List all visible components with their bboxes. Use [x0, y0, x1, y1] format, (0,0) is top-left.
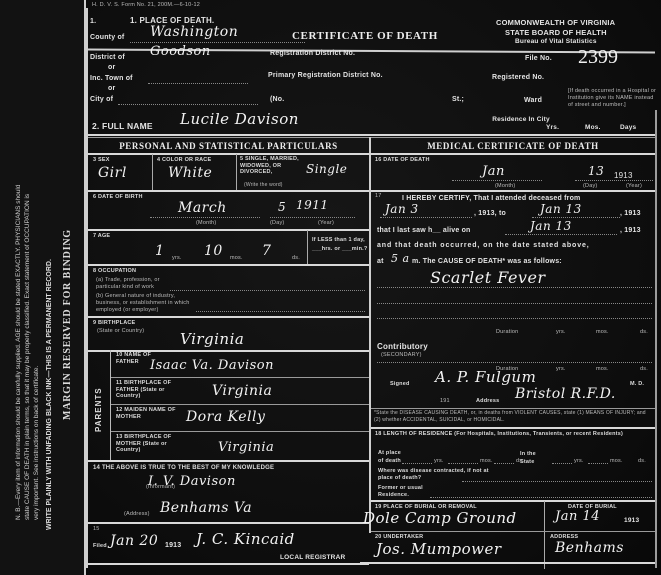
at-place-mos-line [448, 463, 478, 464]
mother-label: 12 MAIDEN NAME OF MOTHER [116, 407, 176, 420]
secondary-label: (SECONDARY) [381, 352, 422, 358]
column-divider [369, 137, 371, 533]
burial-place: Dole Camp Ground [363, 509, 517, 527]
primary-duration-ds: ds. [640, 329, 648, 335]
length-of-residence-heading: 18 LENGTH OF RESIDENCE (For Hospitals, I… [375, 431, 653, 438]
district-value: Goodson [150, 44, 211, 59]
primary-duration-yrs: yrs. [556, 329, 566, 335]
rule-under-footnote [371, 427, 655, 429]
street-label: St.; [452, 96, 464, 103]
birthplace-label: 9 BIRTHPLACE [93, 320, 135, 326]
or-2: or [108, 85, 115, 92]
former-residence-label: Former or usual Residence. [378, 485, 428, 499]
county-line [130, 42, 305, 43]
sex-label: 3 SEX [93, 157, 110, 163]
dob-day-year-line [270, 217, 355, 218]
age-mos-unit: mos. [230, 255, 243, 261]
rule-under-age [88, 264, 369, 266]
dob-day-caption: (Day) [270, 220, 284, 226]
certify-statement: I HEREBY CERTIFY, That I attended deceas… [402, 195, 580, 202]
rule-under-occupation [88, 316, 369, 318]
former-residence-line [430, 497, 652, 498]
dob-month-line [150, 217, 260, 218]
town-line [148, 83, 248, 84]
attended-to-date: Jan 13 [540, 202, 582, 216]
cause-line-1 [377, 287, 652, 288]
local-registrar-label: LOCAL REGISTRAR [280, 554, 345, 561]
nb-line-1: N. B.—Every item of information should b… [14, 185, 23, 520]
to-date-line [532, 217, 620, 218]
filed-label: Filed [93, 543, 107, 549]
residence-days: Days [620, 124, 636, 131]
rule-under-father-birthplace [111, 404, 369, 405]
father-birthplace-label: 11 BIRTHPLACE OF FATHER (State or Countr… [116, 380, 176, 400]
contributory-line [377, 362, 652, 363]
in-state-yrs: yrs. [574, 458, 584, 464]
year-prefix: 191 [440, 398, 450, 404]
rule-under-informant [88, 522, 369, 524]
street-number-label: (No. [270, 96, 284, 103]
death-day-year-line [575, 180, 653, 181]
contributory-label: Contributory [377, 342, 428, 351]
dob-label: 6 DATE OF BIRTH [93, 194, 143, 200]
last-saw-date: Jan 13 [530, 219, 572, 233]
registered-no-label: Registered No. [492, 74, 544, 81]
informant-name: I. V. Davison [148, 474, 236, 489]
ward-label: Ward [524, 97, 542, 104]
death-month: Jan [482, 164, 505, 179]
informant-address-label: (Address) [124, 511, 150, 517]
rule-under-mother [111, 431, 369, 432]
informant-address: Benhams Va [160, 500, 252, 516]
rule-under-name-2 [88, 137, 655, 138]
rule-under-burial [371, 531, 655, 532]
dob-year: 1911 [296, 198, 329, 212]
item-15-marker: 15 [93, 526, 100, 532]
death-day: 13 [588, 164, 604, 178]
at-place-yrs-line [402, 463, 432, 464]
disease-contracted-label: Where was disease contracted, if not at … [378, 468, 498, 482]
residence-mos: Mos. [585, 124, 601, 131]
town-label: Inc. Town of [90, 75, 133, 82]
rule-under-father [111, 377, 369, 378]
father-name: Isaac Va. Davison [150, 358, 274, 373]
age-label: 7 AGE [93, 233, 110, 239]
contributory-duration-mos: mos. [596, 366, 609, 372]
mother-birthplace-label: 13 BIRTHPLACE OF MOTHER (State or Countr… [116, 434, 176, 454]
binding-note: MARGIN RESERVED FOR BINDING [62, 229, 73, 420]
less-than-day-label: If LESS than 1 day, ___hrs. or ___min.? [312, 236, 368, 254]
death-month-caption: (Month) [495, 183, 515, 189]
hospital-note: [If death occurred in a Hospital or Inst… [568, 88, 656, 109]
frame-left [86, 8, 88, 568]
at-label: at [377, 258, 384, 265]
authority-line-1: COMMONWEALTH OF VIRGINIA [496, 18, 615, 27]
birthplace-value: Virginia [180, 330, 244, 348]
burial-year: 1913 [624, 517, 639, 524]
cause-line-2 [377, 303, 652, 304]
contributory-duration-yrs: yrs. [556, 366, 566, 372]
cause-of-death-label: m. The CAUSE OF DEATH* was as follows: [412, 258, 562, 265]
divider-age-less [307, 230, 308, 264]
marital-hint: (Write the word) [244, 182, 283, 188]
filed-year: 1913 [165, 542, 181, 549]
physician-signature: A. P. Fulgum [435, 368, 536, 386]
form-number: H. D. V. S. Form No. 21, 200M.—6-10-12 [92, 2, 200, 8]
color-value: White [168, 165, 212, 181]
cause-of-death: Scarlet Fever [430, 268, 546, 287]
primary-registration-label: Primary Registration District No. [268, 72, 383, 79]
dob-year-caption: (Year) [318, 220, 334, 226]
county-label: County of [90, 34, 124, 41]
death-certificate: N. B.—Every item of information should b… [0, 0, 661, 575]
divider-sex-color [152, 154, 153, 190]
undertaker-address: Benhams [555, 540, 624, 556]
rule-bottom-right [360, 562, 655, 564]
last-saw-label: that I last saw h__ alive on [377, 227, 471, 234]
local-registrar-signature: J. C. Kincaid [196, 530, 295, 548]
cause-line-3 [377, 318, 652, 319]
age-years: 1 [155, 243, 164, 259]
county-value: Washington [150, 24, 238, 40]
at-place-ds-line [494, 463, 514, 464]
death-day-caption: (Day) [583, 183, 597, 189]
color-label: 4 COLOR OR RACE [157, 157, 211, 163]
attended-to-year: , 1913 [620, 210, 641, 217]
death-month-line [452, 180, 542, 181]
rule-under-parents [88, 460, 369, 462]
death-time: 5 a [391, 252, 410, 265]
disease-contracted-line [462, 481, 652, 482]
or-1: or [108, 64, 115, 71]
age-ds-unit: ds. [292, 255, 300, 261]
in-state-label: In the State [520, 450, 548, 466]
nb-line-3: very important. See instructions on back… [32, 185, 41, 520]
item-17-marker: 17 [375, 193, 382, 199]
rule-under-name [88, 134, 655, 136]
divider-color-marital [236, 154, 237, 190]
at-place-mos: mos. [480, 458, 493, 464]
city-label: City of [90, 96, 113, 103]
residence-yrs: Yrs. [546, 124, 559, 131]
rule-under-residence [371, 500, 655, 502]
age-months: 10 [204, 243, 223, 259]
birthplace-hint: (State or Country) [97, 328, 144, 334]
last-saw-line [505, 234, 617, 235]
attended-from-year: , 1913, to [474, 210, 506, 217]
full-name-label: 2. FULL NAME [92, 121, 153, 131]
informant-heading: 14 THE ABOVE IS TRUE TO THE BEST OF MY K… [93, 465, 274, 471]
frame-right [655, 110, 657, 568]
parents-divider [110, 350, 111, 462]
in-state-mos: mos. [610, 458, 623, 464]
file-no-label: File No. [525, 55, 552, 62]
age-yrs-unit: yrs. [172, 255, 182, 261]
burial-date: Jan 14 [555, 509, 600, 524]
binding-margin: N. B.—Every item of information should b… [0, 0, 86, 575]
undertaker-name: Jos. Mumpower [376, 540, 502, 558]
age-days: 7 [262, 243, 271, 259]
death-year: 1913 [614, 171, 633, 180]
occupation-b-label: (b) General nature of industry, business… [96, 293, 196, 314]
in-state-yrs-line [552, 463, 572, 464]
occupation-b-line [196, 311, 365, 312]
rule-under-death-date [371, 190, 655, 192]
contributory-duration-ds: ds. [640, 366, 648, 372]
in-state-ds: ds. [638, 458, 646, 464]
filed-date: Jan 20 [110, 533, 158, 549]
father-birthplace: Virginia [212, 383, 272, 399]
authority-line-3: Bureau of Vital Statistics [515, 38, 597, 45]
mother-name: Dora Kelly [186, 409, 265, 425]
death-year-caption: (Year) [626, 183, 642, 189]
marital-value: Single [306, 162, 347, 176]
dob-month: March [178, 200, 227, 216]
death-occurred-text: and that death occurred, on the date sta… [377, 242, 590, 249]
at-place-yrs: yrs. [434, 458, 444, 464]
from-date-line [380, 217, 472, 218]
burial-divider [544, 501, 545, 569]
marital-label: 5 SINGLE, MARRIED, WIDOWED, OR DIVORCED, [240, 156, 310, 176]
primary-duration-label: Duration [496, 329, 518, 335]
dob-day: 5 [278, 200, 286, 214]
in-state-mos-line [588, 463, 608, 464]
residence-in-city-label: Residence In City [486, 116, 556, 124]
physician-address: Bristol R.F.D. [515, 386, 616, 402]
registration-district-label: Registration District No. [270, 50, 355, 57]
parents-label: PARENTS [94, 387, 103, 432]
sex-value: Girl [98, 165, 127, 181]
cause-footnote: *State the DISEASE CAUSING DEATH, or, in… [374, 410, 652, 424]
last-saw-year: , 1913 [620, 227, 641, 234]
city-line [118, 104, 258, 105]
dob-month-caption: (Month) [196, 220, 216, 226]
certificate-title: CERTIFICATE OF DEATH [292, 30, 438, 42]
mother-birthplace: Virginia [218, 440, 274, 455]
rule-above-footnote [371, 408, 655, 409]
rule-under-headings [88, 153, 655, 155]
ink-note: WRITE PLAINLY WITH UNFADING BLACK INK—TH… [46, 259, 53, 530]
nb-line-2: state CAUSE OF DEATH in plain terms, so … [23, 185, 32, 520]
signed-label: Signed [390, 381, 410, 387]
md-label: M. D. [630, 381, 644, 387]
rule-under-sex [88, 190, 369, 192]
rule-bottom-left [88, 563, 369, 565]
occupation-a-line [170, 290, 365, 291]
attended-from-date: Jan 3 [385, 202, 419, 216]
occupation-label: 8 OCCUPATION [93, 268, 136, 274]
file-number: 2399 [578, 46, 618, 69]
rule-under-dob [88, 229, 369, 231]
occupation-a-label: (a) Trade, profession, or particular kin… [96, 277, 181, 291]
item-1-marker: 1. [90, 18, 96, 25]
date-of-death-label: 16 DATE OF DEATH [375, 157, 430, 163]
authority-line-2: STATE BOARD OF HEALTH [505, 28, 607, 37]
full-name-value: Lucile Davison [180, 110, 299, 128]
physician-address-label: Address [476, 398, 499, 404]
primary-duration-mos: mos. [596, 329, 609, 335]
medical-heading: MEDICAL CERTIFICATE OF DEATH [371, 141, 655, 151]
nb-instructions: N. B.—Every item of information should b… [14, 185, 41, 520]
district-label: District of [90, 54, 125, 61]
personal-heading: PERSONAL AND STATISTICAL PARTICULARS [88, 141, 369, 151]
